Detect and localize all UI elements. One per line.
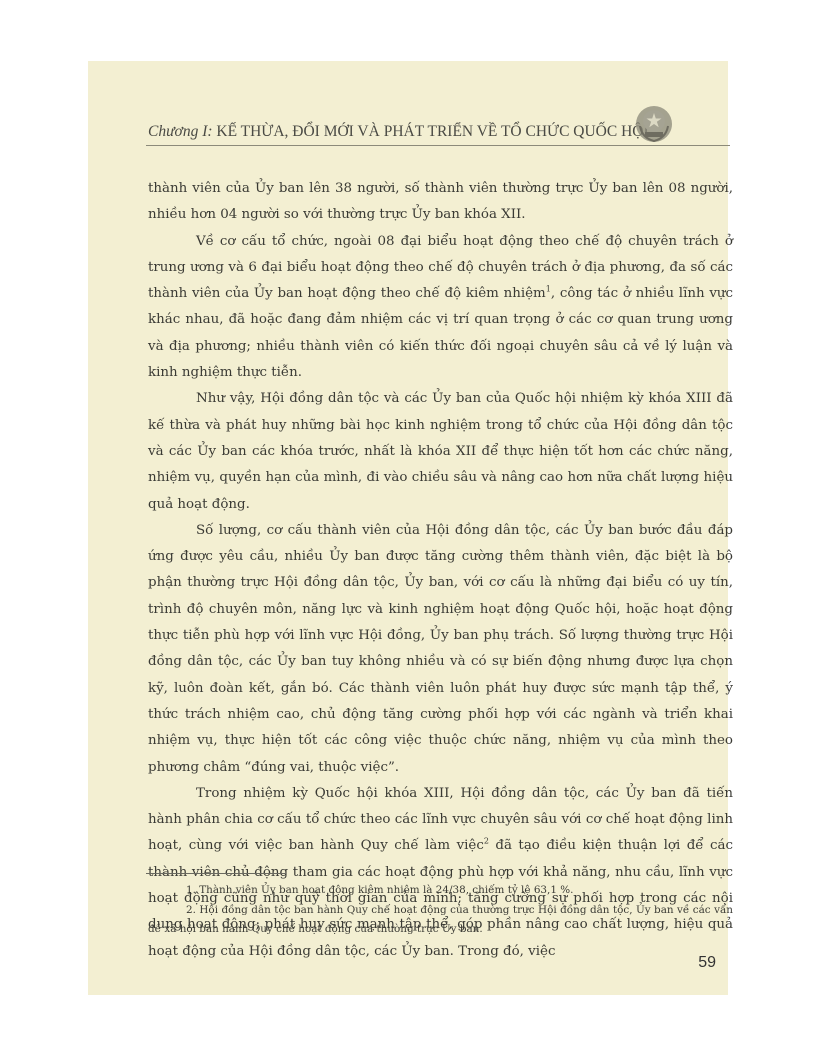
national-emblem-icon — [634, 104, 674, 144]
footnote: 2. Hội đồng dân tộc ban hành Quy chế hoạ… — [148, 901, 733, 940]
paragraph: thành viên của Ủy ban lên 38 người, số t… — [148, 176, 733, 229]
footnotes: 1. Thành viên Ủy ban hoạt động kiêm nhiệ… — [148, 881, 733, 940]
chapter-label: Chương I: — [148, 123, 213, 140]
page-number: 59 — [668, 954, 716, 972]
paragraph: Số lượng, cơ cấu thành viên của Hội đồng… — [148, 518, 733, 781]
chapter-title: KẾ THỪA, ĐỔI MỚI VÀ PHÁT TRIỂN VỀ TỔ CHỨ… — [213, 123, 649, 140]
paragraph: Về cơ cấu tổ chức, ngoài 08 đại biểu hoạ… — [148, 229, 733, 387]
header-divider — [146, 145, 730, 146]
body-text: thành viên của Ủy ban lên 38 người, số t… — [148, 176, 733, 965]
footnote-divider — [146, 873, 286, 874]
book-page: Chương I: KẾ THỪA, ĐỔI MỚI VÀ PHÁT TRIỂN… — [88, 61, 728, 995]
footnote: 1. Thành viên Ủy ban hoạt động kiêm nhiệ… — [148, 881, 733, 901]
paragraph: Như vậy, Hội đồng dân tộc và các Ủy ban … — [148, 386, 733, 517]
